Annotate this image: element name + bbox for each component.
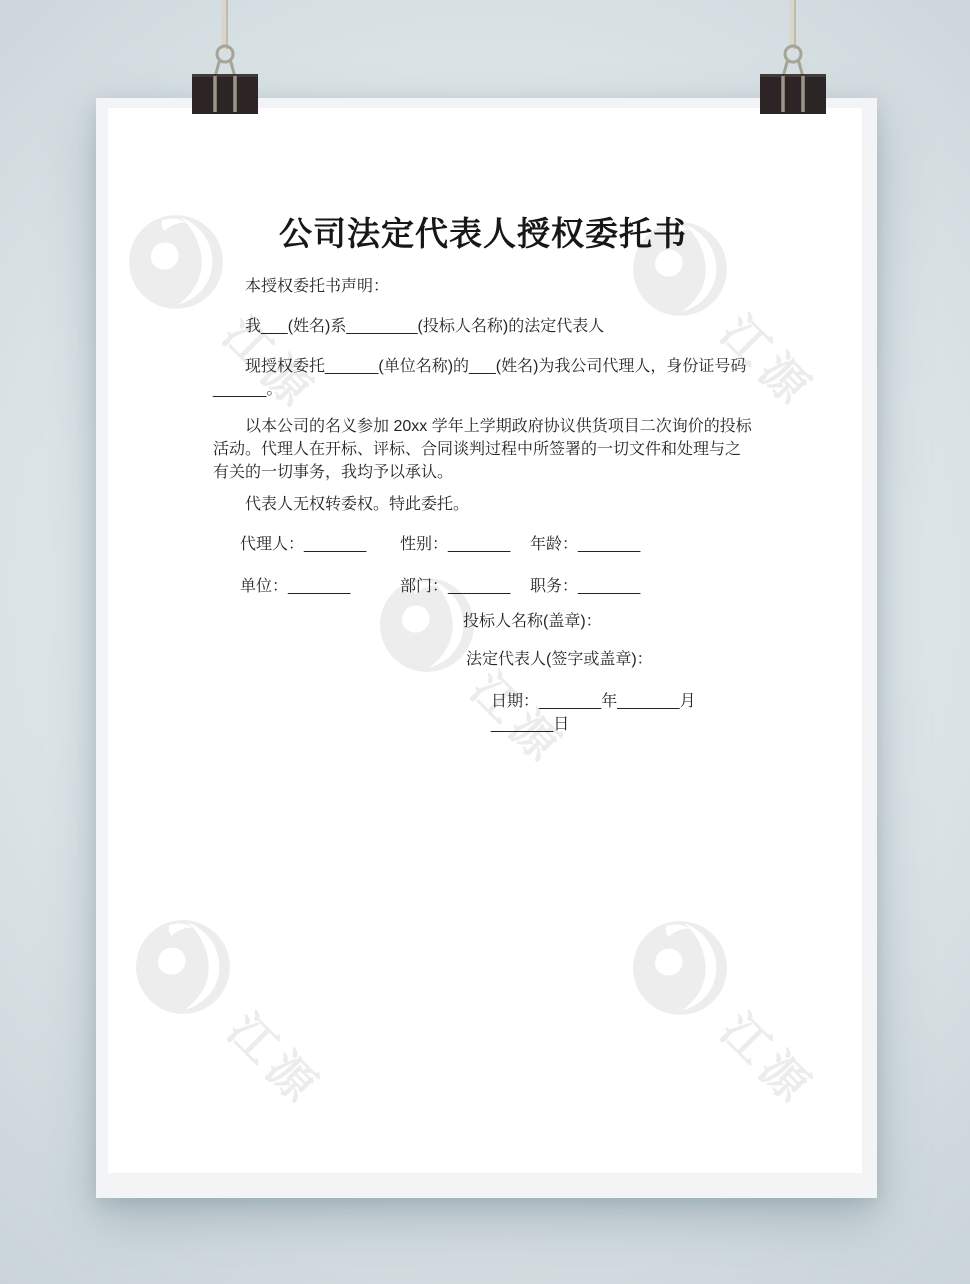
signature-bidder-seal: 投标人名称(盖章)： (213, 610, 753, 633)
signature-date-line: 日期：_______年_______月_______日 (213, 690, 753, 736)
signature-legal-rep: 法定代表人(签字或盖章)： (213, 648, 753, 671)
binder-clip-right (753, 0, 833, 120)
watermark-logo-icon (632, 920, 728, 1016)
document-body: 公司法定代表人授权委托书 本授权委托书声明： 我___(姓名)系________… (213, 98, 753, 736)
field-unit: 单位：_______ (240, 575, 350, 598)
field-agent: 代理人：_______ (240, 533, 366, 556)
paper-sheet: 江源 江源 江源 江源 江源 公司法定代表人授权委托书 本授权委托书声明： 我_… (96, 98, 877, 1198)
watermark-logo-icon (128, 214, 224, 310)
binder-clip-icon (753, 0, 833, 120)
clip-body (192, 74, 258, 114)
form-row-agent: 代理人：_______ 性别：_______ 年龄：_______ (213, 533, 753, 556)
watermark-logo-icon (135, 919, 231, 1015)
form-row-unit: 单位：_______ 部门：_______ 职务：_______ (213, 575, 753, 598)
clip-body (760, 74, 826, 114)
field-position: 职务：_______ (530, 575, 640, 598)
binder-clip-icon (185, 0, 265, 120)
paragraph-declaration: 本授权委托书声明： (213, 275, 753, 298)
field-gender: 性别：_______ (400, 533, 510, 556)
binder-clip-left (185, 0, 265, 120)
field-department: 部门：_______ (400, 575, 510, 598)
document-title: 公司法定代表人授权委托书 (213, 212, 753, 256)
field-age: 年龄：_______ (530, 533, 640, 556)
paragraph-restriction: 代表人无权转委权。特此委托。 (213, 493, 753, 516)
paragraph-identity: 我___(姓名)系________(投标人名称)的法定代表人 (213, 315, 753, 338)
paragraph-scope: 以本公司的名义参加 20xx 学年上学期政府协议供货项目二次询价的投标活动。代理… (213, 415, 753, 484)
paragraph-authorization: 现授权委托______(单位名称)的___(姓名)为我公司代理人，身份证号码__… (213, 355, 753, 401)
